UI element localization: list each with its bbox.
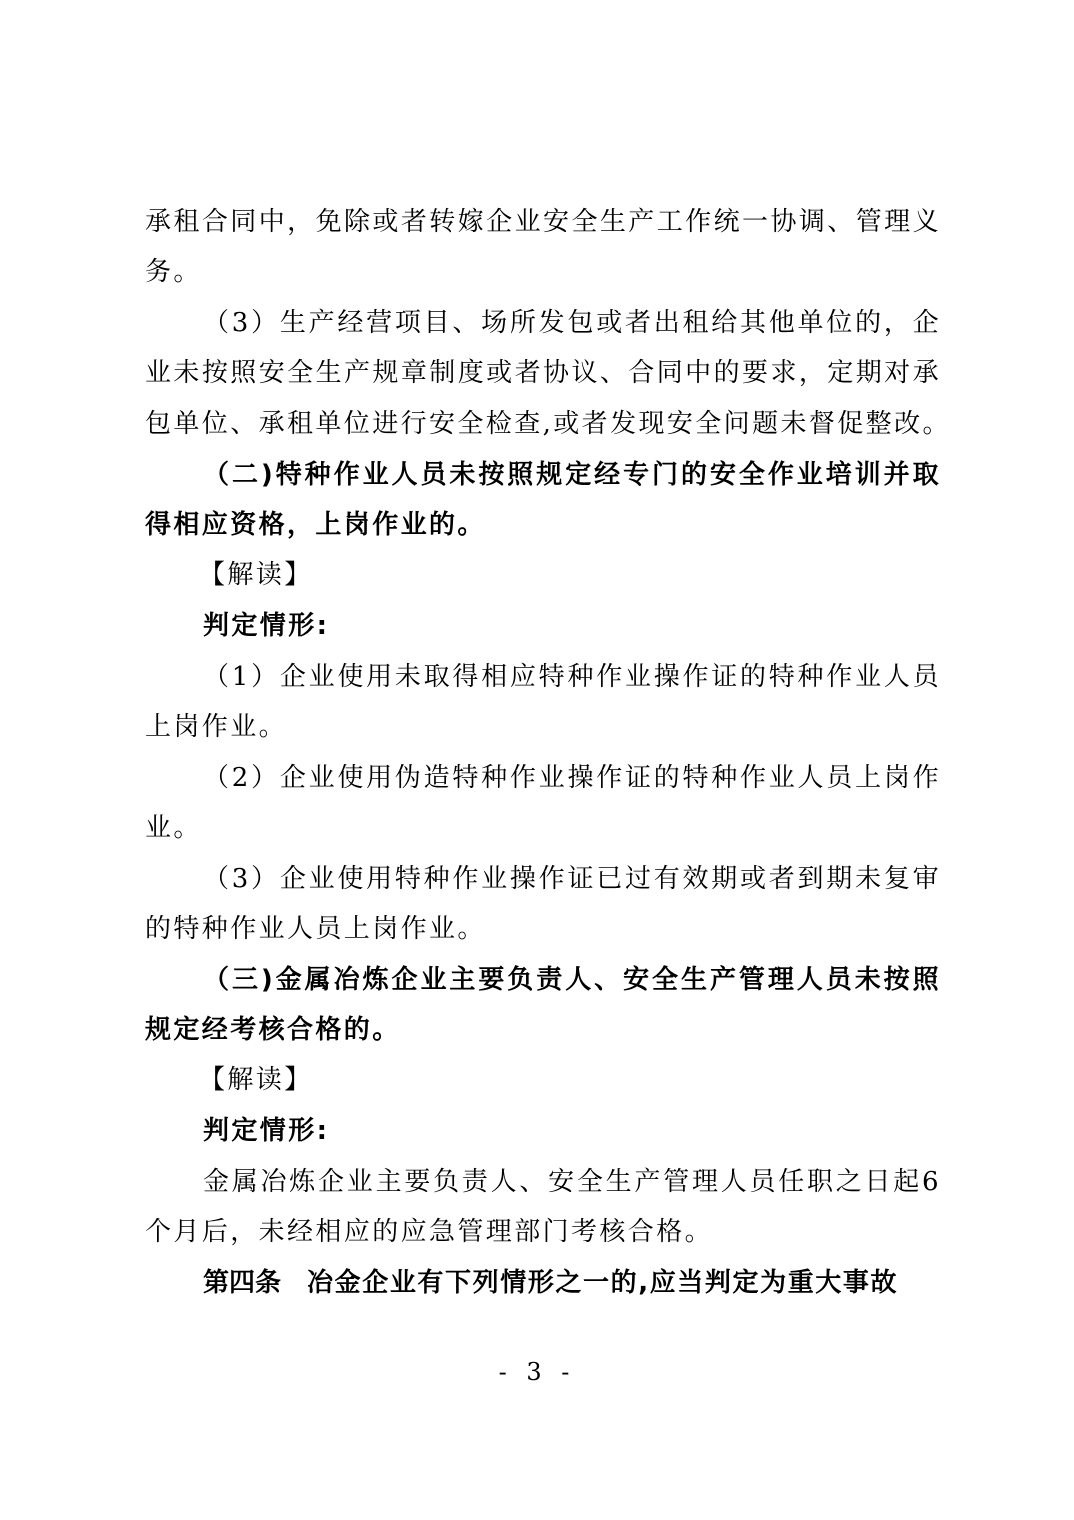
section-heading-line: 得相应资格，上岗作业的。 [145,499,486,551]
body-line: 的特种作业人员上岗作业。 [145,903,486,955]
page-number: - 3 - [0,1358,1074,1386]
body-line: 务。 [145,246,202,298]
body-line: 上岗作业。 [145,701,287,753]
body-line: （3）企业使用特种作业操作证已过有效期或者到期未复审 [203,853,941,905]
body-line: 金属冶炼企业主要负责人、安全生产管理人员任职之日起6 [203,1156,941,1208]
section-heading-line: （二)特种作业人员未按照规定经专门的安全作业培训并取 [203,449,941,501]
body-line: （2）企业使用伪造特种作业操作证的特种作业人员上岗作 [203,752,941,804]
article-text: 冶金企业有下列情形之一的,应当判定为重大事故 [307,1257,898,1309]
body-line: 业未按照安全生产规章制度或者协议、合同中的要求，定期对承 [145,347,941,399]
article-line: 第四条 冶金企业有下列情形之一的,应当判定为重大事故 [203,1257,941,1309]
body-line: 包单位、承租单位进行安全检查,或者发现安全问题未督促整改。 [145,398,941,450]
body-line: 承租合同中，免除或者转嫁企业安全生产工作统一协调、管理义 [145,196,941,248]
criteria-subheading: 判定情形: [203,1105,329,1157]
section-heading-line: 规定经考核合格的。 [145,1004,401,1056]
body-line: 业。 [145,802,202,854]
section-heading-line: （三)金属冶炼企业主要负责人、安全生产管理人员未按照 [203,954,941,1006]
body-line: （1）企业使用未取得相应特种作业操作证的特种作业人员 [203,651,941,703]
interpretation-label: 【解读】 [199,549,313,601]
interpretation-label: 【解读】 [199,1054,313,1106]
criteria-subheading: 判定情形: [203,600,329,652]
body-line: 个月后，未经相应的应急管理部门考核合格。 [145,1206,713,1258]
article-number: 第四条 [203,1257,281,1309]
body-line: （3）生产经营项目、场所发包或者出租给其他单位的，企 [203,297,941,349]
